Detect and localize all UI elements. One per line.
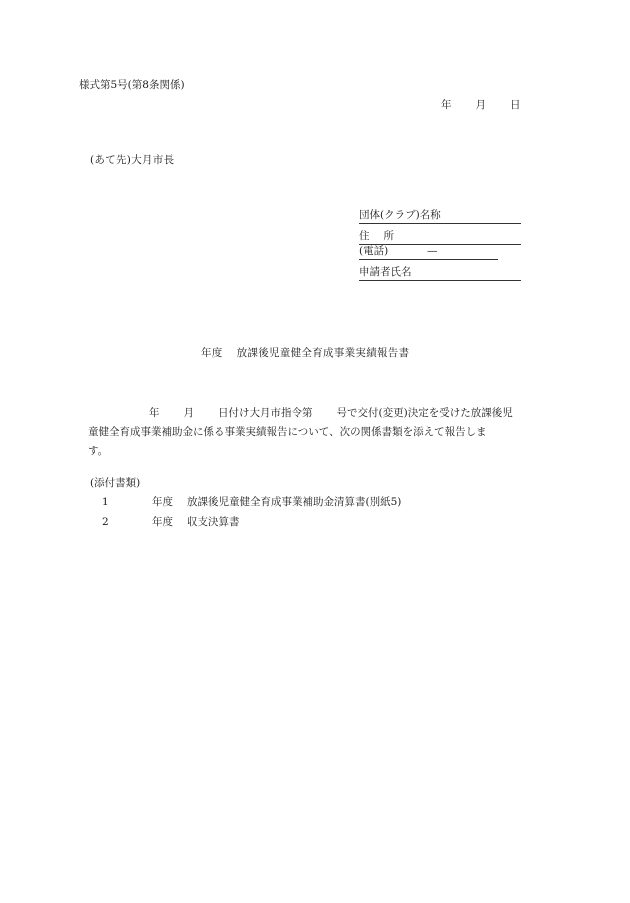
date-line: 年月日 [441, 100, 521, 111]
attachment-number: 2 [102, 517, 152, 528]
attachment-number: 1 [102, 497, 152, 508]
organization-name-label: 団体(クラブ)名称 [359, 209, 441, 221]
form-number: 様式第5号(第8条関係) [79, 80, 185, 91]
title-year-label: 年度 [201, 347, 223, 359]
applicant-name-field[interactable]: 申請者氏名 [359, 267, 521, 281]
address-field[interactable]: 住所 [359, 231, 521, 245]
date-month-label: 月 [476, 100, 487, 111]
phone-field[interactable]: (電話) — [359, 246, 498, 260]
body-month-label: 月 [184, 407, 195, 419]
attachment-item: 1年度放課後児童健全育成事業補助金清算書(別紙5) [102, 497, 401, 508]
attachment-year-label: 年度 [152, 516, 173, 528]
body-line-2: 童健全育成事業補助金に係る事業実績報告について、次の関係書類を添えて報告しま [88, 423, 548, 442]
date-year-label: 年 [441, 100, 452, 111]
attachment-year-label: 年度 [152, 496, 173, 508]
attachment-text: 放課後児童健全育成事業補助金清算書(別紙5) [187, 496, 401, 508]
body-line-1: 年月日付け大月市指令第号で交付(変更)決定を受けた放課後児 [88, 404, 548, 423]
organization-name-field[interactable]: 団体(クラブ)名称 [359, 210, 521, 224]
address-label-1: 住 [359, 230, 370, 242]
applicant-name-label: 申請者氏名 [359, 266, 412, 278]
phone-label: (電話) [359, 245, 388, 257]
attachments-header: (添付書類) [90, 478, 140, 489]
attachment-text: 収支決算書 [187, 516, 240, 528]
document-title: 年度放課後児童健全育成事業実績報告書 [201, 348, 409, 359]
attachment-item: 2年度収支決算書 [102, 517, 240, 528]
date-day-label: 日 [510, 100, 521, 111]
body-line-3: す。 [88, 442, 548, 461]
body-number-suffix: 号で交付(変更)決定を受けた放課後児 [337, 407, 513, 419]
addressee: (あて先)大月市長 [90, 155, 174, 166]
title-text: 放課後児童健全育成事業実績報告書 [237, 347, 410, 359]
phone-separator: — [427, 246, 438, 257]
address-label-2: 所 [384, 230, 395, 242]
body-date-suffix: 日付け大月市指令第 [218, 407, 313, 419]
body-year-label: 年 [149, 407, 160, 419]
body-paragraph: 年月日付け大月市指令第号で交付(変更)決定を受けた放課後児 童健全育成事業補助金… [88, 404, 548, 461]
